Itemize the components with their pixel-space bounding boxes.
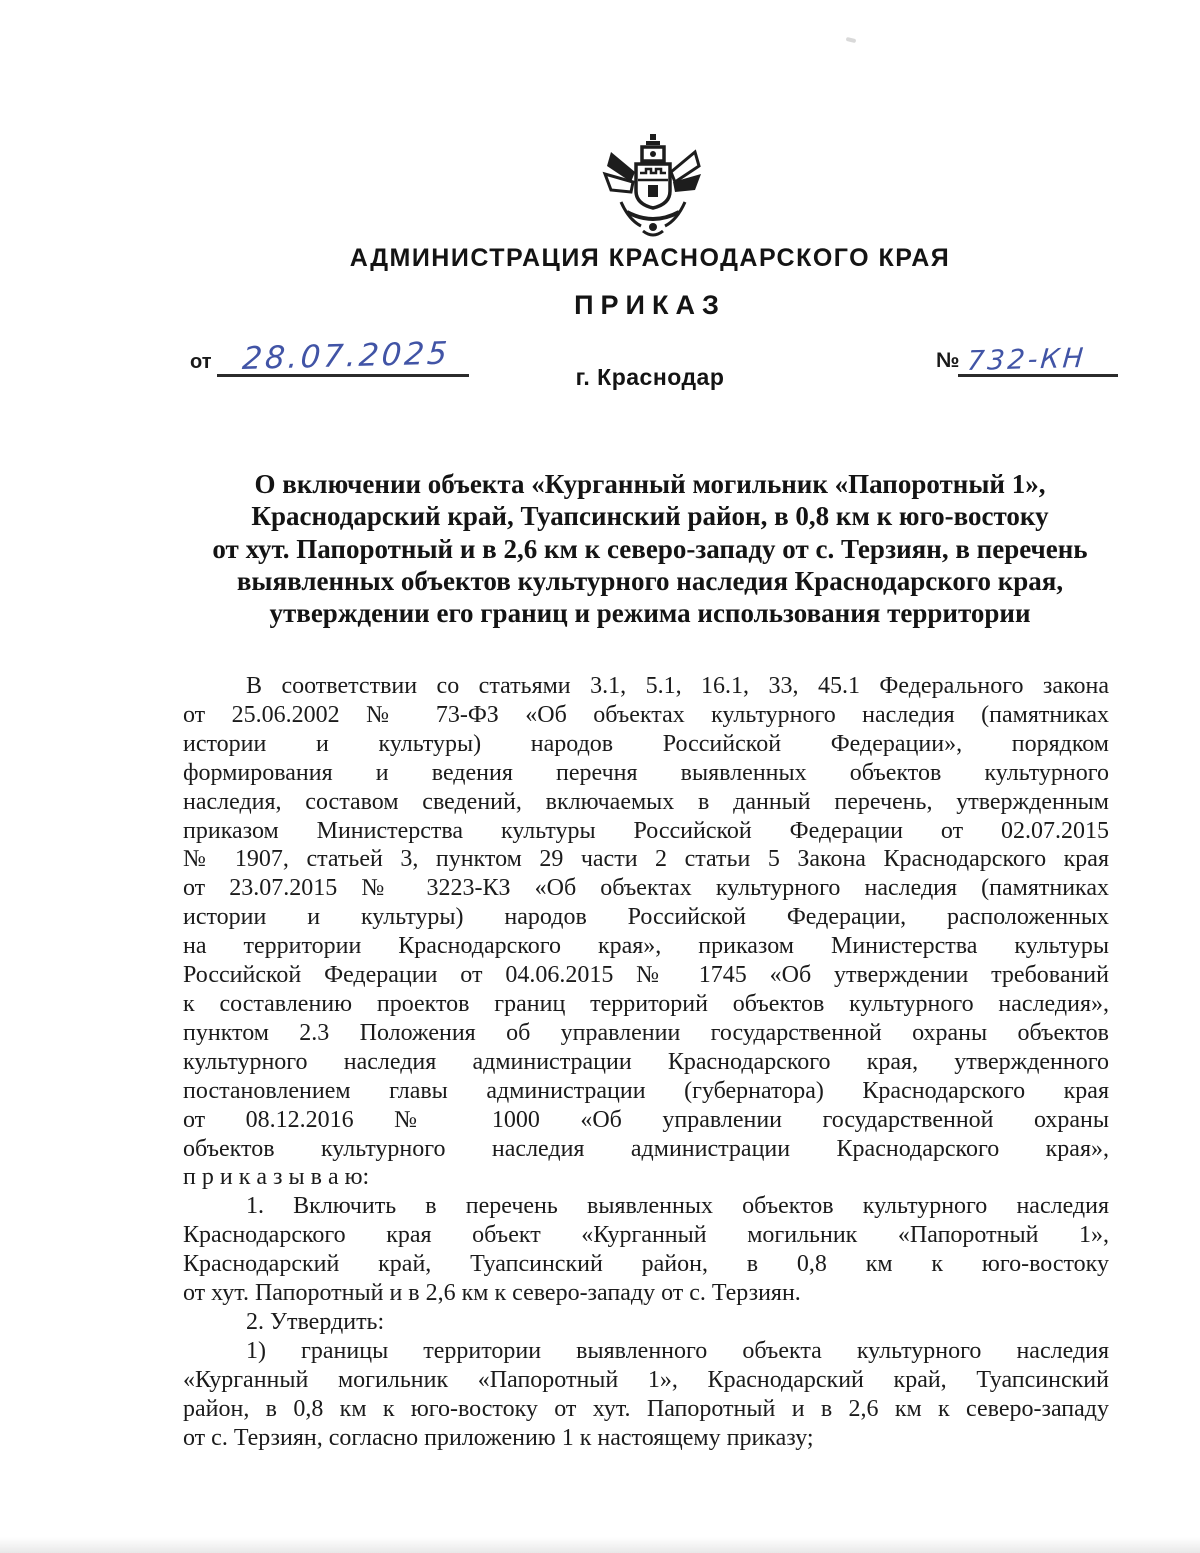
title-line: утверждении его границ и режима использо… [140,597,1160,629]
body-line: № 1907, статьей 3, пунктом 29 части 2 ст… [183,845,1109,874]
title-line: выявленных объектов культурного наследия… [140,565,1160,597]
organization-name: АДМИНИСТРАЦИЯ КРАСНОДАРСКОГО КРАЯ [85,244,1200,273]
body-line: на территории Краснодарского края», прик… [183,932,1109,961]
body-line: объектов культурного наследия администра… [183,1135,1109,1164]
body-line: истории и культуры) народов Российской Ф… [183,730,1109,759]
body-line: от 23.07.2015 № 3223-КЗ «Об объектах кул… [183,874,1109,903]
scanned-document-page: АДМИНИСТРАЦИЯ КРАСНОДАРСКОГО КРАЯ ПРИКАЗ… [0,0,1200,1553]
document-type-heading: ПРИКАЗ [85,290,1200,321]
body-line: 1) границы территории выявленного объект… [183,1337,1109,1366]
document-title: О включении объекта «Курганный могильник… [140,468,1160,629]
body-line: постановлением главы администрации (губе… [183,1077,1109,1106]
body-line: от хут. Папоротный и в 2,6 км к северо-з… [183,1279,1109,1308]
body-paragraph: 1) границы территории выявленного объект… [183,1337,1109,1453]
body-paragraph: 2. Утвердить: [183,1308,1109,1337]
body-paragraph: 1. Включить в перечень выявленных объект… [183,1192,1109,1308]
body-line: В соответствии со статьями 3.1, 5.1, 16.… [183,672,1109,701]
body-line: п р и к а з ы в а ю: [183,1163,1109,1192]
body-line: от с. Терзиян, согласно приложению 1 к н… [183,1424,1109,1453]
krasnodar-coat-of-arms-icon [597,132,709,238]
body-line: 2. Утвердить: [183,1308,1109,1337]
place-line: г. Краснодар [85,364,1200,391]
body-line: район, в 0,8 км к юго-востоку от хут. Па… [183,1395,1109,1424]
body-line: Краснодарского края объект «Курганный мо… [183,1221,1109,1250]
body-paragraph: В соответствии со статьями 3.1, 5.1, 16.… [183,672,1109,1192]
body-line: пунктом 2.3 Положения об управлении госу… [183,1019,1109,1048]
document-body: В соответствии со статьями 3.1, 5.1, 16.… [183,672,1109,1452]
body-line: Краснодарский край, Туапсинский район, в… [183,1250,1109,1279]
body-line: приказом Министерства культуры Российско… [183,817,1109,846]
body-line: наследия, составом сведений, включаемых … [183,788,1109,817]
body-line: к составлению проектов границ территорий… [183,990,1109,1019]
title-line: О включении объекта «Курганный могильник… [140,468,1160,500]
scan-edge-shadow [0,1537,1200,1553]
scan-artifact-speck [846,37,857,43]
title-line: от хут. Папоротный и в 2,6 км к северо-з… [140,533,1160,565]
body-line: «Курганный могильник «Папоротный 1», Кра… [183,1366,1109,1395]
body-line: культурного наследия администрации Красн… [183,1048,1109,1077]
title-line: Краснодарский край, Туапсинский район, в… [140,500,1160,532]
body-line: 1. Включить в перечень выявленных объект… [183,1192,1109,1221]
body-line: от 08.12.2016 № 1000 «Об управлении госу… [183,1106,1109,1135]
body-line: от 25.06.2002 № 73-ФЗ «Об объектах культ… [183,701,1109,730]
body-line: Российской Федерации от 04.06.2015 № 174… [183,961,1109,990]
body-line: формирования и ведения перечня выявленны… [183,759,1109,788]
body-line: истории и культуры) народов Российской Ф… [183,903,1109,932]
